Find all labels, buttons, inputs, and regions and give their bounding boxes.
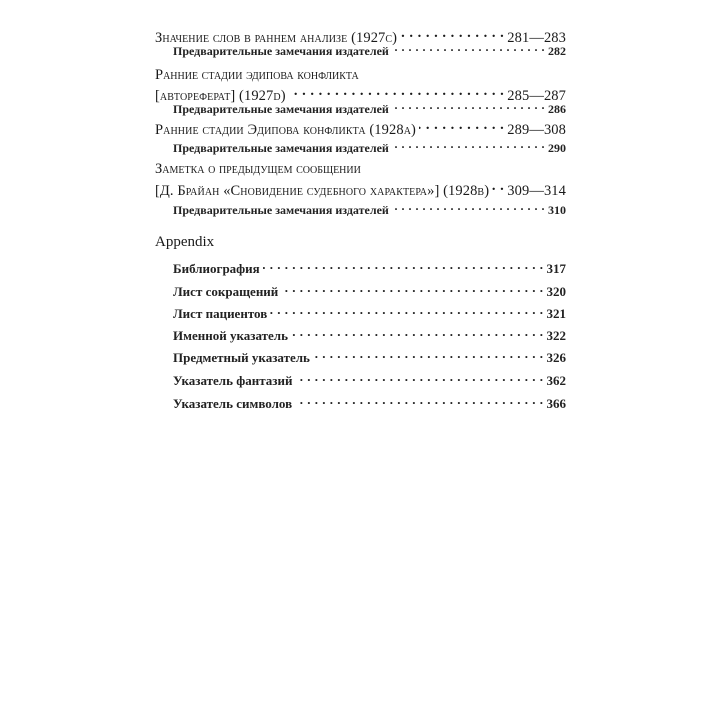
toc-subentry-title: Предварительные замечания издателей	[173, 141, 389, 156]
dot-leader	[392, 140, 545, 152]
toc-subentry-title: Предварительные замечания издателей	[173, 203, 389, 218]
appendix-item-title: Указатель фантазий	[173, 373, 292, 389]
appendix-item-title: Указатель символов	[173, 396, 292, 412]
appendix-item-title: Лист сокращений	[173, 284, 278, 300]
appendix-item-pages: 317	[547, 261, 567, 277]
appendix-item-pages: 321	[547, 306, 567, 322]
toc-page: Значение слов в раннем анализе (1927c) 2…	[0, 0, 720, 720]
appendix-item-pages: 322	[547, 328, 567, 344]
toc-subentry-pages: 310	[548, 203, 566, 218]
dot-leader	[289, 85, 505, 100]
toc-entry-pages: 289—308	[507, 122, 566, 139]
appendix-item-title: Библиография	[173, 261, 260, 277]
toc-entry[interactable]: Ранние стадии Эдипова конфликта (1928a) …	[155, 119, 566, 139]
dot-leader	[295, 395, 543, 408]
toc-entry-title-line1[interactable]: Заметка о предыдущем сообщении	[155, 161, 361, 178]
toc-subentry[interactable]: Предварительные замечания издателей 290	[173, 140, 566, 156]
toc-entry-title: Ранние стадии Эдипова конфликта (1928a)	[155, 122, 416, 139]
toc-subentry[interactable]: Предварительные замечания издателей 282	[173, 43, 566, 59]
appendix-item-pages: 326	[547, 350, 567, 366]
dot-leader	[492, 180, 504, 195]
dot-leader	[313, 349, 544, 362]
appendix-item-pages: 362	[547, 373, 567, 389]
appendix-item-title: Предметный указатель	[173, 350, 310, 366]
toc-entry-title-line2: [Д. Брайан «Сновидение судебного характе…	[155, 183, 489, 200]
appendix-item[interactable]: Лист пациентов 321	[173, 305, 566, 322]
appendix-item-pages: 366	[547, 396, 567, 412]
dot-leader	[419, 119, 504, 134]
appendix-item-title: Лист пациентов	[173, 306, 267, 322]
dot-leader	[281, 283, 543, 296]
appendix-item[interactable]: Именной указатель 322	[173, 327, 566, 344]
appendix-item-title: Именной указатель	[173, 328, 288, 344]
appendix-item[interactable]: Предметный указатель 326	[173, 349, 566, 366]
dot-leader	[400, 27, 504, 42]
toc-subentry-pages: 290	[548, 141, 566, 156]
toc-subentry-pages: 286	[548, 102, 566, 117]
appendix-heading: Appendix	[155, 234, 214, 251]
dot-leader	[291, 327, 544, 340]
toc-subentry[interactable]: Предварительные замечания издателей 310	[173, 202, 566, 218]
appendix-item[interactable]: Указатель фантазий 362	[173, 372, 566, 389]
dot-leader	[392, 43, 545, 55]
dot-leader	[392, 202, 545, 214]
toc-entry-title-line1[interactable]: Ранние стадии эдипова конфликта	[155, 67, 359, 84]
toc-entry-pages: 309—314	[507, 183, 566, 200]
dot-leader	[295, 372, 543, 385]
toc-subentry-pages: 282	[548, 44, 566, 59]
appendix-item[interactable]: Библиография 317	[173, 260, 566, 277]
appendix-item[interactable]: Лист сокращений 320	[173, 283, 566, 300]
dot-leader	[263, 260, 544, 273]
appendix-item-pages: 320	[547, 284, 567, 300]
dot-leader	[270, 305, 543, 318]
toc-subentry-title: Предварительные замечания издателей	[173, 102, 389, 117]
dot-leader	[392, 101, 545, 113]
toc-subentry[interactable]: Предварительные замечания издателей 286	[173, 101, 566, 117]
toc-subentry-title: Предварительные замечания издателей	[173, 44, 389, 59]
toc-entry[interactable]: [Д. Брайан «Сновидение судебного характе…	[155, 180, 566, 200]
appendix-item[interactable]: Указатель символов 366	[173, 395, 566, 412]
